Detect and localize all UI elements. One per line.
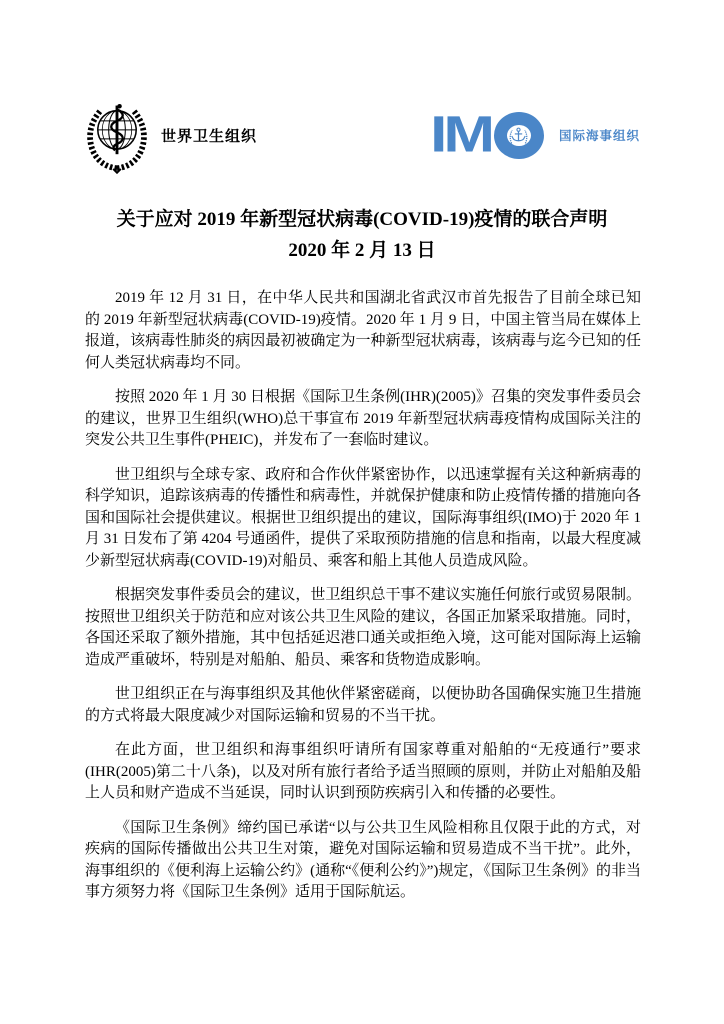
imo-logo-block: IM 国际海事组织 xyxy=(430,112,640,159)
paragraph: 《国际卫生条例》缔约国已承诺“以与公共卫生风险相称且仅限于此的方式，对疾病的国际… xyxy=(85,818,641,904)
imo-o-shape xyxy=(494,112,544,159)
who-emblem-icon xyxy=(85,96,149,174)
document-title: 关于应对 2019 年新型冠状病毒(COVID-19)疫情的联合声明 2020 … xyxy=(0,204,724,266)
page: 世界卫生组织 IM 国际海事组织 xyxy=(0,0,724,1024)
imo-wordmark-im: IM xyxy=(430,116,491,154)
paragraph: 世卫组织与全球专家、政府和合作伙伴紧密协作，以迅速掌握有关这种新病毒的科学知识，… xyxy=(85,465,641,573)
paragraph: 按照 2020 年 1 月 30 日根据《国际卫生条例(IHR)(2005)》召… xyxy=(85,387,641,452)
paragraph: 在此方面，世卫组织和海事组织吁请所有国家尊重对船舶的“无疫通行”要求(IHR(2… xyxy=(85,740,641,805)
title-line: 关于应对 2019 年新型冠状病毒(COVID-19)疫情的联合声明 xyxy=(0,204,724,235)
who-logo-block: 世界卫生组织 xyxy=(85,96,257,174)
who-label: 世界卫生组织 xyxy=(161,125,257,146)
title-date: 2020 年 2 月 13 日 xyxy=(0,235,724,266)
imo-emblem-icon xyxy=(508,125,529,146)
imo-wordmark: IM xyxy=(430,112,544,159)
paragraph: 根据突发事件委员会的建议，世卫组织总干事不建议实施任何旅行或贸易限制。按照世卫组… xyxy=(85,585,641,671)
document-body: 2019 年 12 月 31 日，在中华人民共和国湖北省武汉市首先报告了目前全球… xyxy=(85,288,641,917)
imo-label: 国际海事组织 xyxy=(559,126,640,144)
paragraph: 世卫组织正在与海事组织及其他伙伴紧密磋商，以便协助各国确保实施卫生措施的方式将最… xyxy=(85,684,641,727)
paragraph: 2019 年 12 月 31 日，在中华人民共和国湖北省武汉市首先报告了目前全球… xyxy=(85,288,641,374)
header: 世界卫生组织 IM 国际海事组织 xyxy=(85,96,640,174)
